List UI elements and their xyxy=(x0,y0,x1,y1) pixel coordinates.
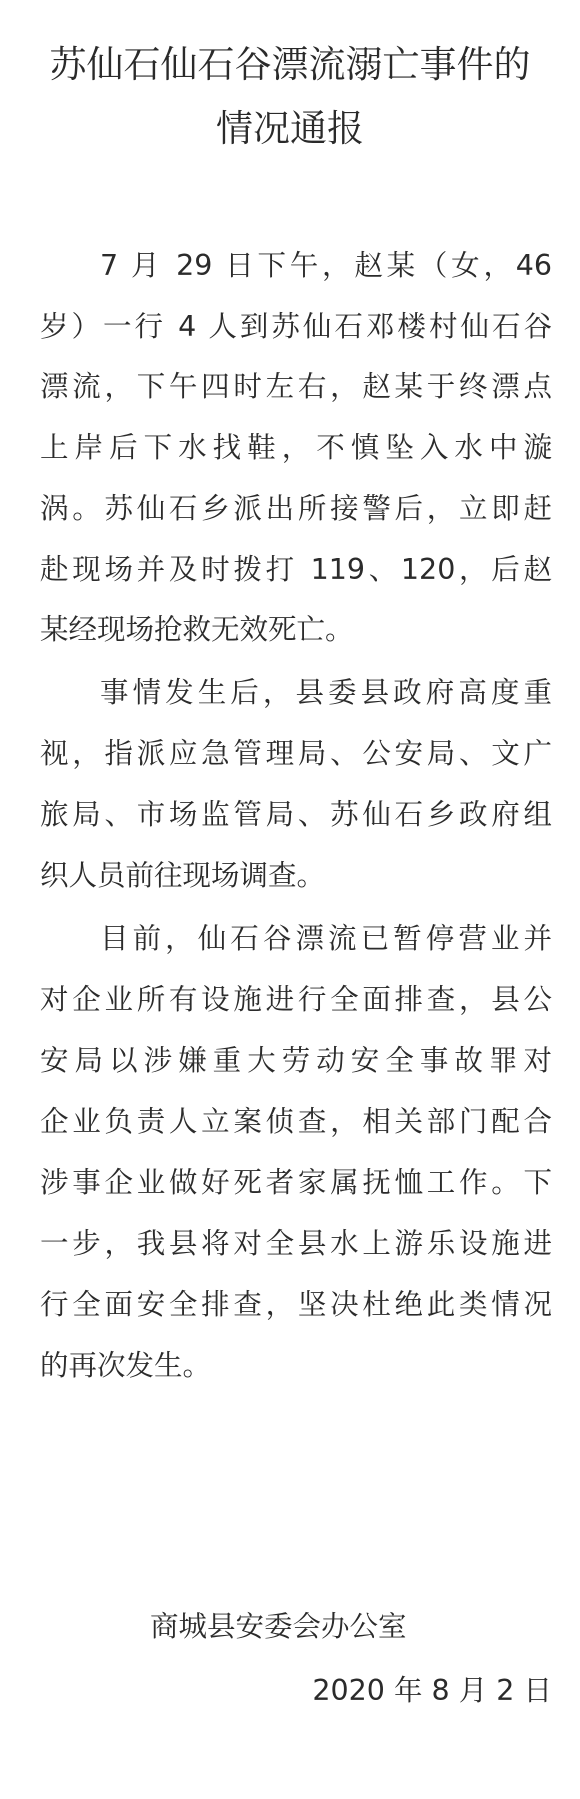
paragraph-line: 旅局、市场监管局、苏仙石乡政府组 xyxy=(40,795,552,835)
paragraph-line: 涉事企业做好死者家属抚恤工作。下 xyxy=(40,1163,552,1203)
notice-document: 苏仙石仙石谷漂流溺亡事件的 情况通报 7 月 29 日下午，赵某（女，46 岁）… xyxy=(0,0,580,1799)
issue-date: 2020 年 8 月 2 日 xyxy=(300,1671,552,1711)
paragraph-line: 行全面安全排查，坚决杜绝此类情况 xyxy=(40,1285,552,1325)
paragraph-line: 安局以涉嫌重大劳动安全事故罪对 xyxy=(40,1041,552,1081)
paragraph-line: 对企业所有设施进行全面排查，县公 xyxy=(40,980,552,1020)
paragraph-line: 视，指派应急管理局、公安局、文广 xyxy=(40,734,552,774)
paragraph-line: 漂流，下午四时左右，赵某于终漂点 xyxy=(40,367,552,407)
paragraph-line: 的再次发生。 xyxy=(40,1346,552,1386)
paragraph-line: 7 月 29 日下午，赵某（女，46 xyxy=(100,246,552,286)
paragraph-line: 岁）一行 4 人到苏仙石邓楼村仙石谷 xyxy=(40,307,552,347)
paragraph-line: 企业负责人立案侦查，相关部门配合 xyxy=(40,1102,552,1142)
paragraph-line: 织人员前往现场调查。 xyxy=(40,856,552,896)
document-title-line-1: 苏仙石仙石谷漂流溺亡事件的 xyxy=(0,42,580,88)
paragraph-line: 目前，仙石谷漂流已暂停营业并 xyxy=(100,919,552,959)
paragraph-line: 一步，我县将对全县水上游乐设施进 xyxy=(40,1224,552,1264)
issuing-office: 商城县安委会办公室 xyxy=(150,1607,407,1647)
paragraph-line: 事情发生后，县委县政府高度重 xyxy=(100,673,552,713)
paragraph-line: 某经现场抢救无效死亡。 xyxy=(40,610,552,650)
document-title-line-2: 情况通报 xyxy=(0,106,580,152)
paragraph-line: 上岸后下水找鞋，不慎坠入水中漩 xyxy=(40,428,552,468)
paragraph-line: 涡。苏仙石乡派出所接警后，立即赶 xyxy=(40,489,552,529)
paragraph-line: 赴现场并及时拨打 119、120，后赵 xyxy=(40,550,552,590)
